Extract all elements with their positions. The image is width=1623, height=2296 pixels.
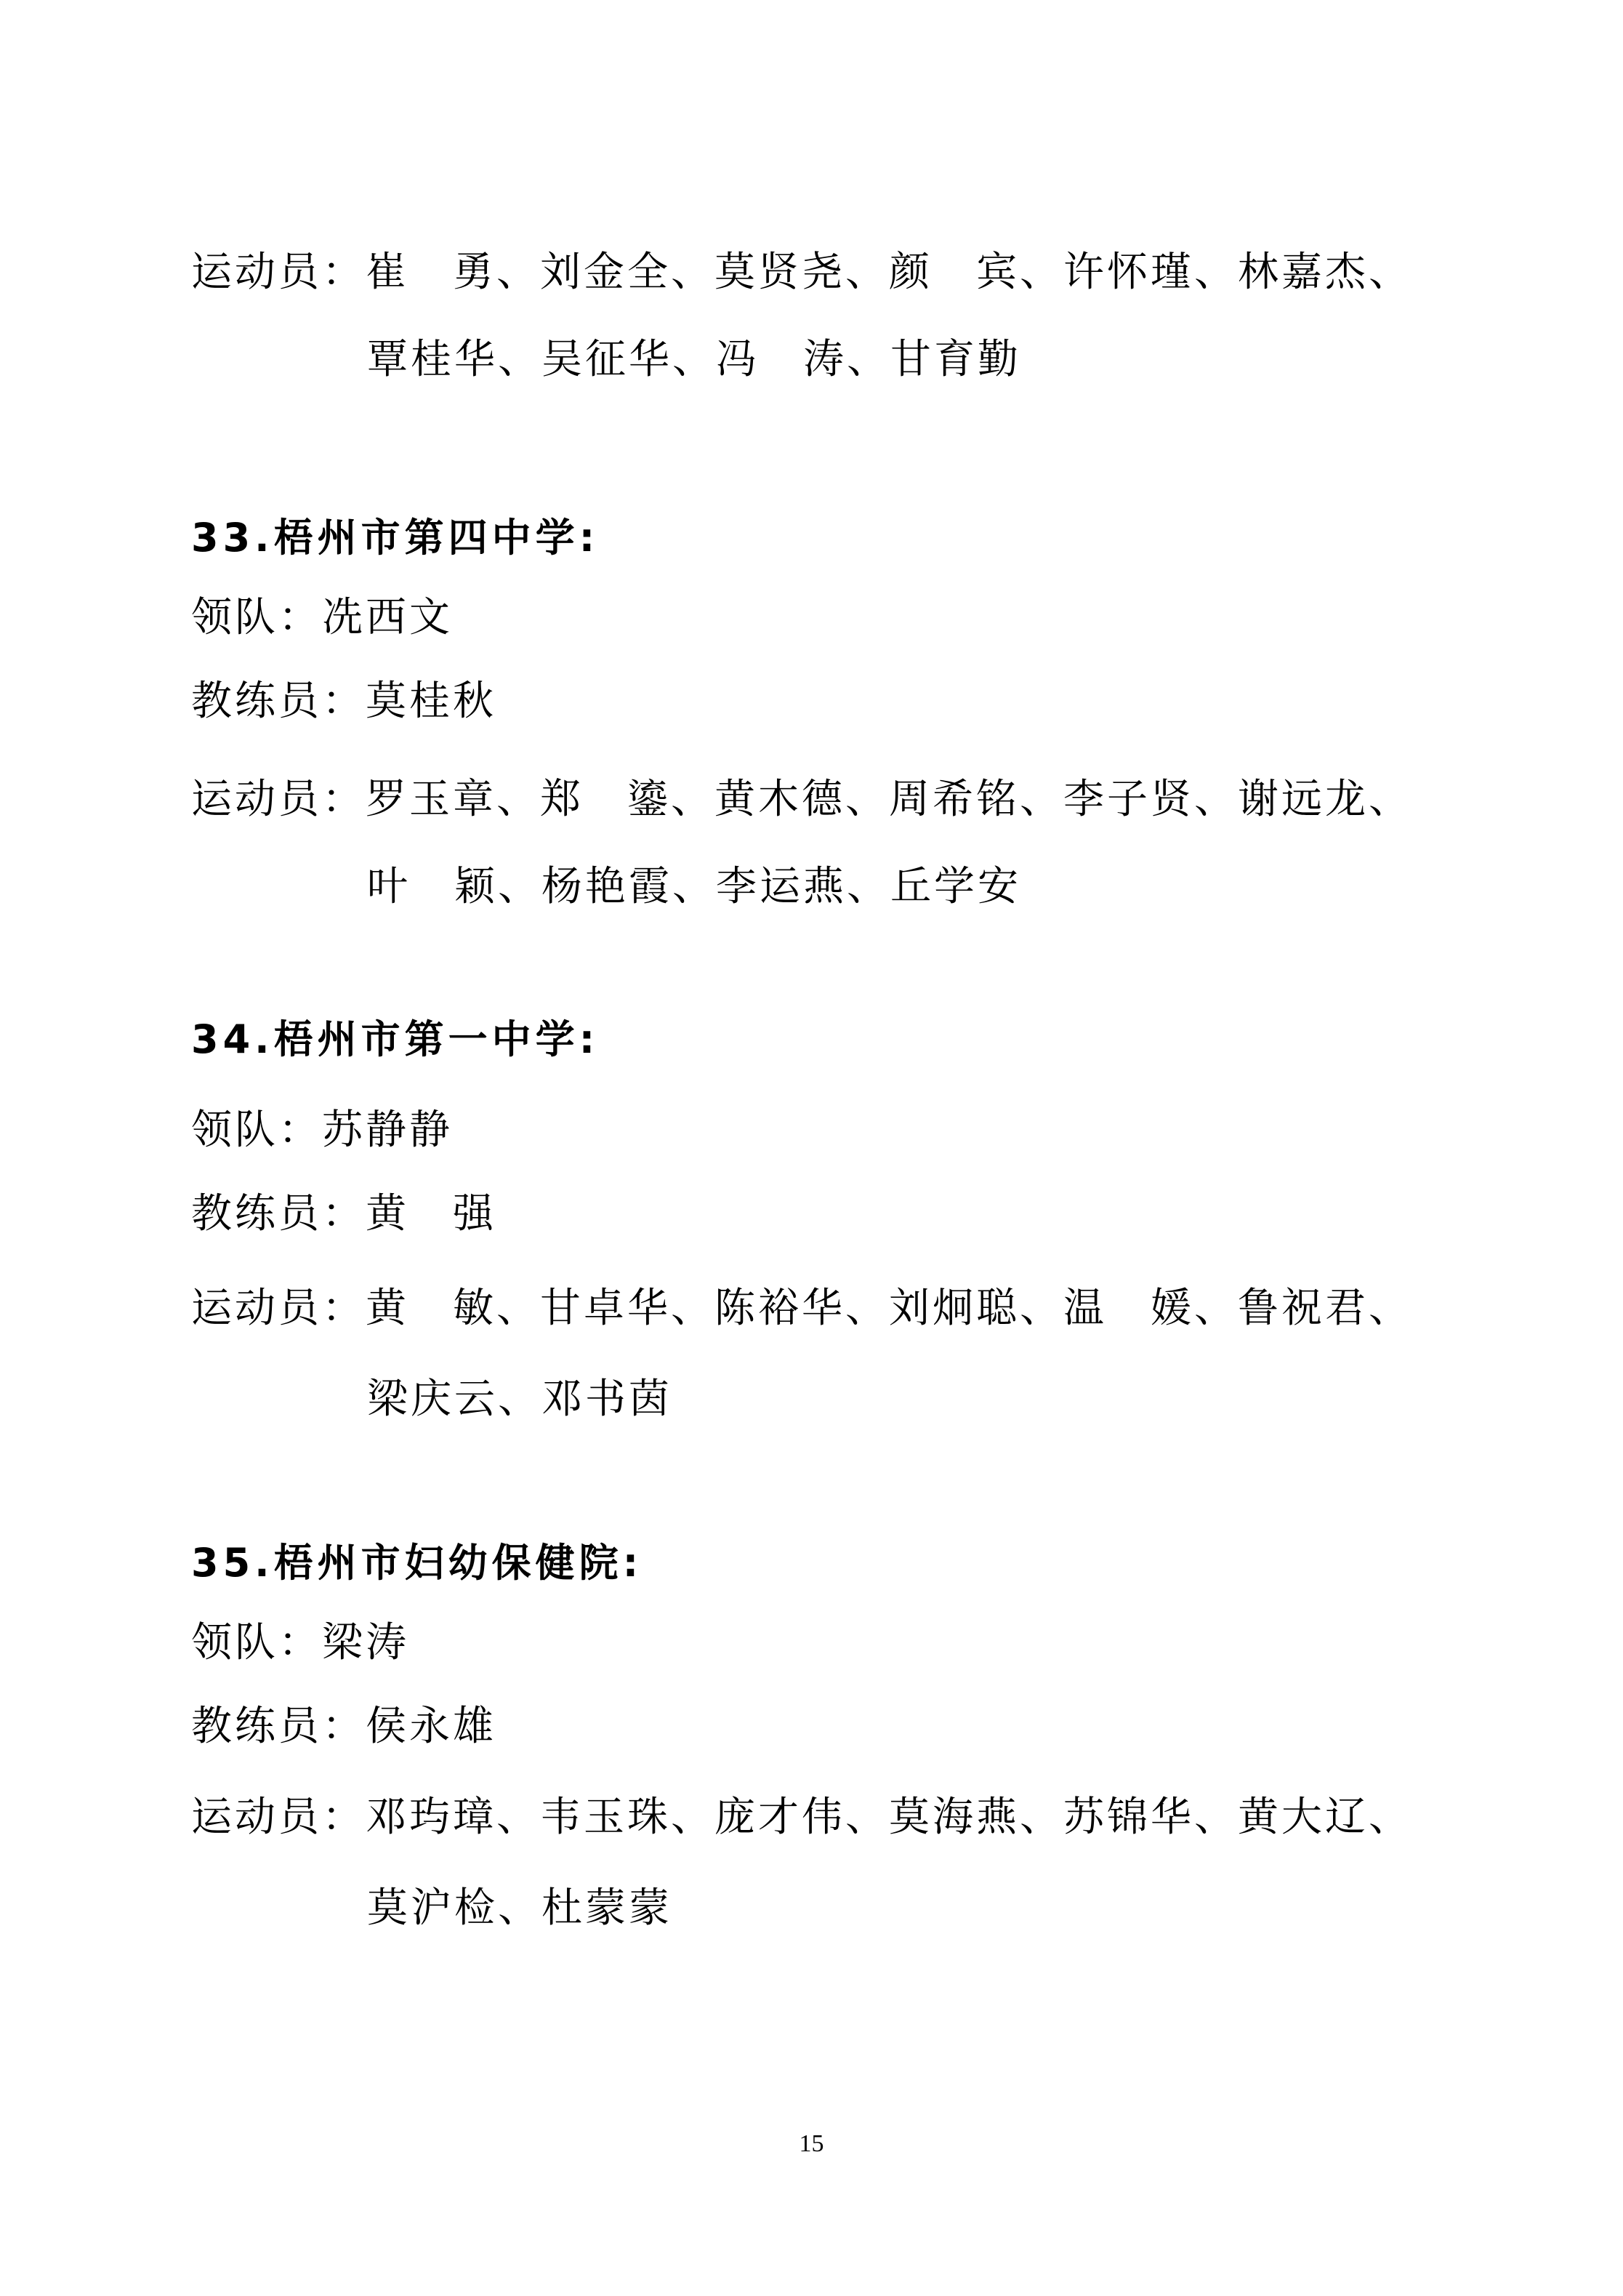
athletes-line-continued: 梁庆云、邓书茵 [367,1374,672,1425]
athletes-line: 运动员：崔 勇、刘金全、莫贤尧、颜 宾、许怀瑾、林嘉杰、 [191,247,1412,298]
section-heading: 35.梧州市妇幼保健院: [191,1538,643,1589]
athletes-line-continued: 叶 颖、杨艳霞、李运燕、丘学安 [367,862,1021,912]
leader-line: 领队：苏静静 [191,1105,453,1156]
athletes-line-continued: 莫沪检、杜蒙蒙 [367,1883,672,1934]
athletes-line: 运动员：罗玉章、郑 鎏、黄木德、周希铭、李子贤、谢远龙、 [191,774,1412,825]
coach-line: 教练员：莫桂秋 [191,676,496,727]
section-heading: 34.梧州市第一中学: [191,1014,599,1065]
athletes-line: 运动员：邓玙璋、韦玉珠、庞才伟、莫海燕、苏锦华、黄大辽、 [191,1792,1412,1843]
page-number: 15 [0,2130,1623,2158]
athletes-line: 运动员：黄 敏、甘卓华、陈裕华、刘炯聪、温 媛、鲁祝君、 [191,1283,1412,1334]
coach-line: 教练员：侯永雄 [191,1701,496,1752]
section-heading: 33.梧州市第四中学: [191,513,599,563]
leader-line: 领队：冼西文 [191,593,453,643]
coach-line: 教练员：黄 强 [191,1189,496,1240]
leader-line: 领队：梁涛 [191,1618,409,1669]
athletes-line-continued: 覃桂华、吴征华、冯 涛、甘育勤 [367,334,1021,385]
